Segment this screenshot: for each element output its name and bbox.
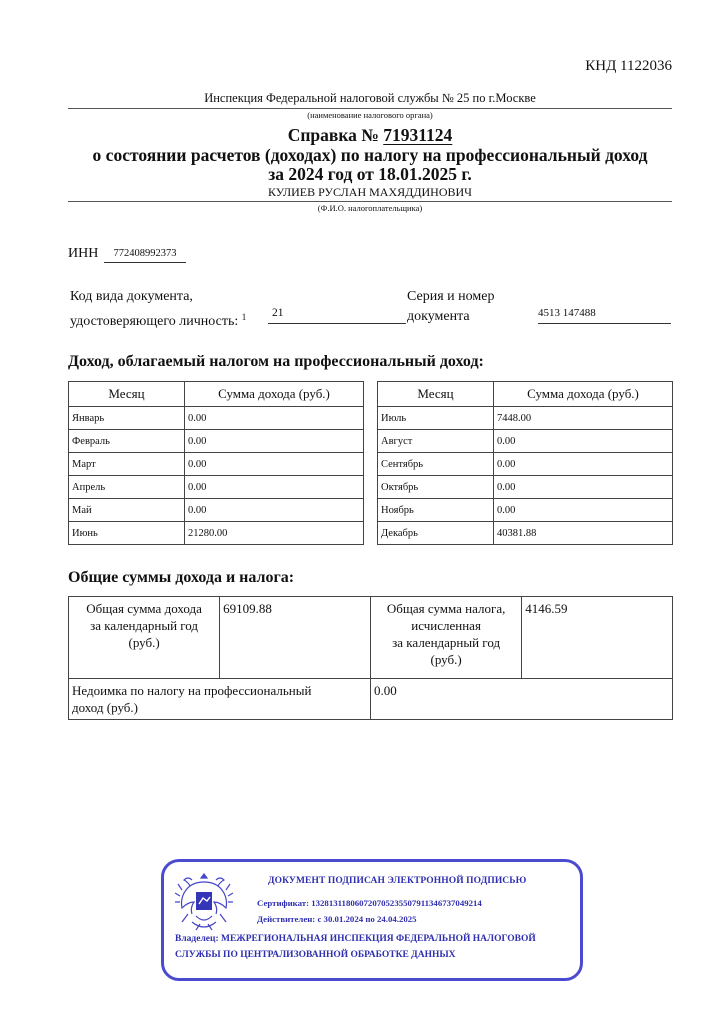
total-income-label-1: Общая сумма дохода [86,601,202,616]
totals-table: Общая сумма дохода за календарный год (р… [68,596,673,720]
month-cell: Февраль [69,430,185,453]
inn-value: 772408992373 [104,246,186,263]
income-table-left: Месяц Сумма дохода (руб.) Январь0.00Февр… [68,381,364,545]
month-cell: Сентябрь [378,453,494,476]
amount-cell: 7448.00 [494,407,673,430]
arrears-label: Недоимка по налогу на профессиональный д… [69,679,371,720]
total-tax-label-2: исчисленная [411,618,481,633]
table-row: Июль7448.00 [378,407,673,430]
total-tax-label-1: Общая сумма налога, [387,601,506,616]
title-line-2: о состоянии расчетов (доходах) по налогу… [68,145,672,165]
month-cell: Апрель [69,476,185,499]
signature-title: ДОКУМЕНТ ПОДПИСАН ЭЛЕКТРОННОЙ ПОДПИСЬЮ [268,876,526,886]
electronic-signature-stamp: ДОКУМЕНТ ПОДПИСАН ЭЛЕКТРОННОЙ ПОДПИСЬЮ С… [161,859,583,981]
table-row: Ноябрь0.00 [378,499,673,522]
tax-authority-name: Инспекция Федеральной налоговой службы №… [68,91,672,106]
total-income-label: Общая сумма дохода за календарный год (р… [69,597,220,679]
table-row: Декабрь40381.88 [378,522,673,545]
series-label-2: документа [407,307,470,327]
series-label-1: Серия и номер [407,287,494,307]
total-tax-label-4: (руб.) [431,652,462,667]
month-cell: Июль [378,407,494,430]
arrears-label-1: Недоимка по налогу на профессиональный [72,683,311,698]
inn-label: ИНН [68,246,98,262]
col-amount-header: Сумма дохода (руб.) [494,382,673,407]
tax-authority-underline [68,108,672,109]
amount-cell: 0.00 [494,453,673,476]
table-row: Август0.00 [378,430,673,453]
footnote-marker: 1 [242,312,247,322]
tax-authority-caption: (наименование налогового органа) [68,110,672,120]
signature-validity: Действителен: с 30.01.2024 по 24.04.2025 [257,914,417,924]
title-line-3: за 2024 год от 18.01.2025 г. [68,164,672,184]
amount-cell: 0.00 [185,453,364,476]
table-row: Май0.00 [69,499,364,522]
amount-cell: 0.00 [494,499,673,522]
series-number-value: 4513 147488 [538,307,671,324]
month-cell: Май [69,499,185,522]
month-cell: Январь [69,407,185,430]
col-month-header: Месяц [69,382,185,407]
certificate-title: Справка № 71931124 [68,125,672,145]
certificate-number: 71931124 [383,125,452,145]
income-table-right: Месяц Сумма дохода (руб.) Июль7448.00Авг… [377,381,673,545]
income-heading: Доход, облагаемый налогом на профессиона… [68,353,484,371]
table-row: Март0.00 [69,453,364,476]
total-tax-label-3: за календарный год [392,635,500,650]
arrears-value: 0.00 [371,679,673,720]
table-row: Октябрь0.00 [378,476,673,499]
total-tax-label: Общая сумма налога, исчисленная за кален… [371,597,522,679]
signature-certificate: Сертификат: 1328131180607207052355079113… [257,898,482,908]
signature-owner-line-1: Владелец: МЕЖРЕГИОНАЛЬНАЯ ИНСПЕКЦИЯ ФЕДЕ… [175,934,536,944]
amount-cell: 0.00 [185,407,364,430]
doc-code-label-text: удостоверяющего личность: [70,314,238,329]
table-row: Январь0.00 [69,407,364,430]
total-tax-value: 4146.59 [522,597,673,679]
taxpayer-name: КУЛИЕВ РУСЛАН МАХЯДДИНОВИЧ [68,185,672,200]
knd-code: КНД 1122036 [585,58,672,75]
amount-cell: 0.00 [494,430,673,453]
taxpayer-name-caption: (Ф.И.О. налогоплательщика) [68,203,672,213]
month-cell: Август [378,430,494,453]
coat-of-arms-icon [174,868,234,932]
month-cell: Март [69,453,185,476]
total-income-value: 69109.88 [220,597,371,679]
month-cell: Июнь [69,522,185,545]
table-row: Апрель0.00 [69,476,364,499]
doc-code-label-1: Код вида документа, [70,287,193,307]
table-row: Сентябрь0.00 [378,453,673,476]
month-cell: Декабрь [378,522,494,545]
amount-cell: 0.00 [185,430,364,453]
col-amount-header: Сумма дохода (руб.) [185,382,364,407]
signature-owner-line-2: СЛУЖБЫ ПО ЦЕНТРАЛИЗОВАННОЙ ОБРАБОТКЕ ДАН… [175,950,456,960]
title-prefix: Справка № [288,125,384,145]
month-cell: Ноябрь [378,499,494,522]
total-income-label-3: (руб.) [128,635,159,650]
amount-cell: 21280.00 [185,522,364,545]
total-income-label-2: за календарный год [90,618,198,633]
table-row: Июнь21280.00 [69,522,364,545]
arrears-label-2: доход (руб.) [72,700,138,715]
doc-code-label-2: удостоверяющего личность: 1 [70,307,246,332]
amount-cell: 0.00 [185,476,364,499]
amount-cell: 40381.88 [494,522,673,545]
totals-heading: Общие суммы дохода и налога: [68,569,294,587]
table-row: Февраль0.00 [69,430,364,453]
signature-owner: Владелец: МЕЖРЕГИОНАЛЬНАЯ ИНСПЕКЦИЯ ФЕДЕ… [175,931,575,963]
month-cell: Октябрь [378,476,494,499]
taxpayer-name-underline [68,201,672,202]
doc-code-value: 21 [268,307,406,324]
col-month-header: Месяц [378,382,494,407]
amount-cell: 0.00 [185,499,364,522]
amount-cell: 0.00 [494,476,673,499]
